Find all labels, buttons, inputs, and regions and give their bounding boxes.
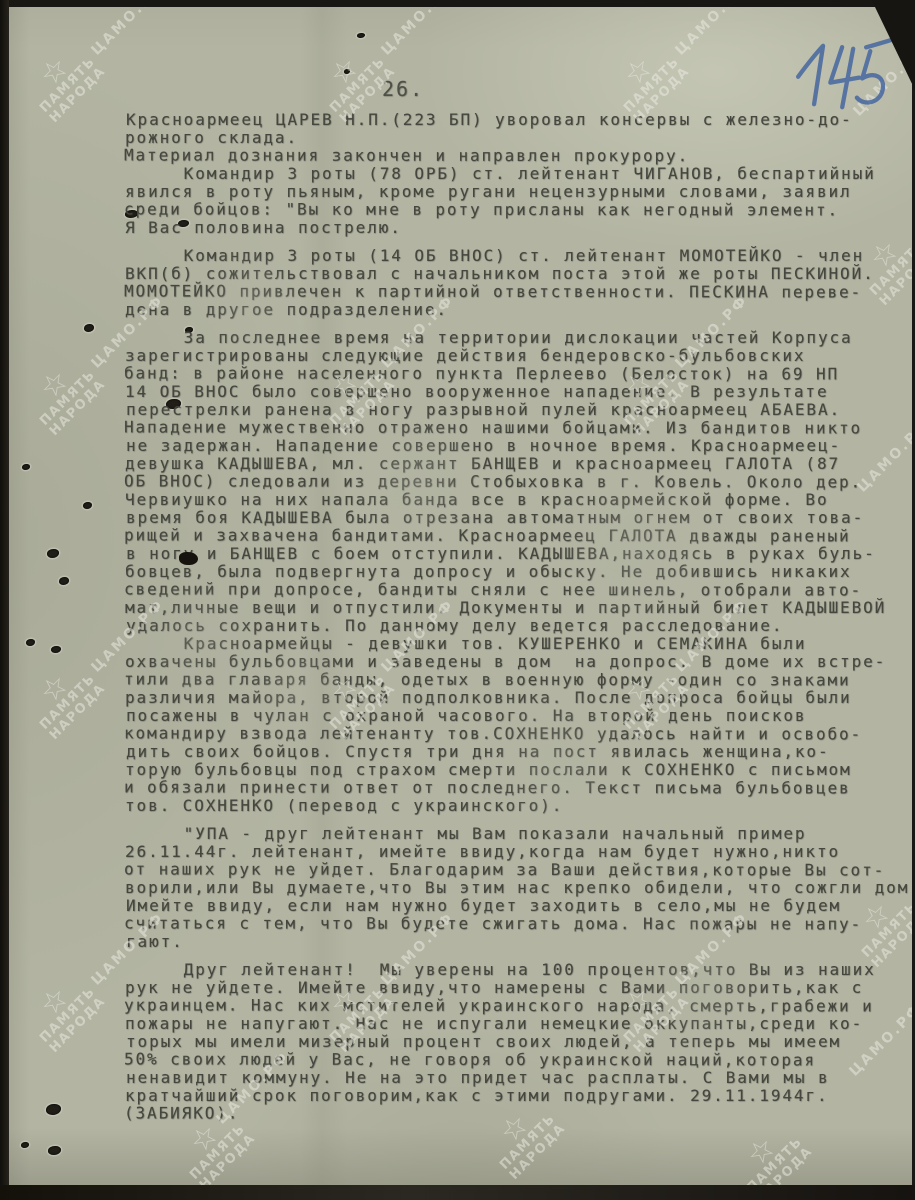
text-line: гают. [126, 933, 915, 951]
text-line: девушка КАДЫШЕВА, мл. сержант БАНЩЕВ и к… [125, 455, 915, 473]
text-line: Материал дознания закончен и направлен п… [124, 146, 915, 165]
text-line: дена в другое подразделение. [125, 301, 915, 319]
text-line: тов. СОХНЕНКО (перевод с украинского). [125, 797, 915, 815]
text-line: банд: в районе населенного пункта Перлее… [124, 364, 915, 383]
text-line: торых мы имели мизерный процент своих лю… [126, 1033, 915, 1051]
text-line: Командир 3 роты (78 ОРБ) ст. лейтенант Ч… [126, 165, 915, 183]
text-line: (ЗАБИЯКО). [124, 1104, 915, 1123]
text-line: ворили,или Вы думаете,что Вы этим нас кр… [125, 879, 915, 897]
text-line: среди бойцов: "Вы ко мне в роту присланы… [124, 200, 915, 219]
paragraph: За последнее время на территории дислока… [125, 329, 915, 635]
text-line: считаться с тем, что Вы будете сжигать д… [124, 914, 915, 933]
paragraph: Командир 3 роты (78 ОРБ) ст. лейтенант Ч… [125, 165, 915, 237]
text-line: дить своих бойцов. Спустя три дня на пос… [126, 743, 915, 761]
text-line: зарегистрированы следующие действия бенд… [125, 347, 915, 365]
text-line: бовцев, была подвергнута допросу и обыск… [125, 563, 915, 581]
text-line: За последнее время на территории дислока… [126, 329, 915, 347]
text-line: сведений при допросе, бандиты сняли с не… [124, 580, 915, 599]
text-line: удалось сохранить. По данному делу ведет… [126, 617, 915, 635]
text-line: рищей и захвачена бандитами. Красноармее… [124, 526, 915, 545]
text-line: охвачены бульбовцами и заведены в дом на… [125, 653, 915, 671]
text-line: ОБ ВНОС) следовали из деревни Стобыховка… [124, 472, 915, 491]
text-line: 50% своих людей у Вас, не говоря об укра… [124, 1050, 915, 1069]
text-line: пожары не напугают. Нас не испугали неме… [125, 1015, 915, 1033]
text-line: 14 ОБ ВНОС было совершено вооруженное на… [125, 383, 915, 401]
typed-page-number: 26. [382, 77, 424, 101]
text-line: ненавидит коммуну. Не на это придет час … [126, 1069, 915, 1087]
text-line: Нападение мужественно отражено нашими бо… [124, 418, 915, 437]
paragraph: Красноармейцы - девушки тов. КУШЕРЕНКО и… [125, 635, 915, 815]
scan-border-left [0, 0, 9, 1200]
text-line: Друг лейтенант! Мы уверены на 100 процен… [126, 961, 915, 979]
text-line: перестрелки ранена в ногу разрывной пуле… [126, 401, 915, 419]
scan-border-bottom [0, 1185, 915, 1200]
text-line: различия майора, второй подполковника. П… [125, 689, 915, 707]
text-line: кратчайший срок поговорим,как с этими по… [125, 1087, 915, 1105]
paragraph: Командир 3 роты (14 ОБ ВНОС) ст. лейтена… [125, 247, 915, 319]
text-line: рук не уйдете. Имейте ввиду,что намерены… [125, 979, 915, 997]
text-line: Имейте ввиду, если нам нужно будет заход… [126, 897, 915, 915]
text-line: Командир 3 роты (14 ОБ ВНОС) ст. лейтена… [126, 247, 915, 265]
text-line: и обязали принести ответ от последнего. … [124, 778, 915, 797]
text-line: МОМОТЕЙКО привлечен к партийной ответств… [124, 282, 915, 301]
text-line: в ногу и БАНЩЕВ с боем отступили. КАДЫШЕ… [126, 545, 915, 563]
text-line: командиру взвода лейтенанту тов.СОХНЕНКО… [124, 724, 915, 743]
text-line: время боя КАДЫШЕВА была отрезана автомат… [126, 509, 915, 527]
text-line: 26.11.44г. лейтенант, имейте ввиду,когда… [125, 843, 915, 861]
text-line: рожного склада. [125, 129, 915, 147]
scan-border-top [0, 0, 915, 7]
paragraph: Друг лейтенант! Мы уверены на 100 процен… [125, 961, 915, 1123]
text-line: украинцем. Нас ких мстителей украинского… [124, 996, 915, 1015]
text-line: Я Вас половина пострелю. [125, 219, 915, 237]
paragraph: "УПА - друг лейтенант мы Вам показали на… [125, 825, 915, 951]
text-line: Червиушко на них напала банда все в крас… [125, 491, 915, 509]
document-body: Красноармеец ЦАРЕВ Н.П.(223 БП) уворовал… [0, 111, 915, 1123]
text-line: от наших рук не уйдет. Благодарим за Ваш… [124, 860, 915, 879]
text-line: тили два главаря банды, одетых в военную… [124, 670, 915, 689]
scanned-document-page: 26. Красноармеец ЦАРЕВ Н.П.(223 БП) увор… [0, 0, 915, 1200]
text-line: Красноармейцы - девушки тов. КУШЕРЕНКО и… [126, 635, 915, 653]
text-line: "УПА - друг лейтенант мы Вам показали на… [126, 825, 915, 843]
text-line: ВКП(б) сожительствовал с начальником пос… [125, 265, 915, 283]
text-line: не задержан. Нападение совершено в ночно… [126, 437, 915, 455]
text-line: посажены в чулан с охраной часового. На … [126, 707, 915, 725]
text-line: мат,личные вещи и отпустили. Документы и… [125, 599, 915, 617]
text-line: явился в роту пьяным, кроме ругани нецен… [125, 183, 915, 201]
text-line: торую бульбовцы под страхом смерти посла… [125, 761, 915, 779]
ink-blot [179, 552, 198, 565]
